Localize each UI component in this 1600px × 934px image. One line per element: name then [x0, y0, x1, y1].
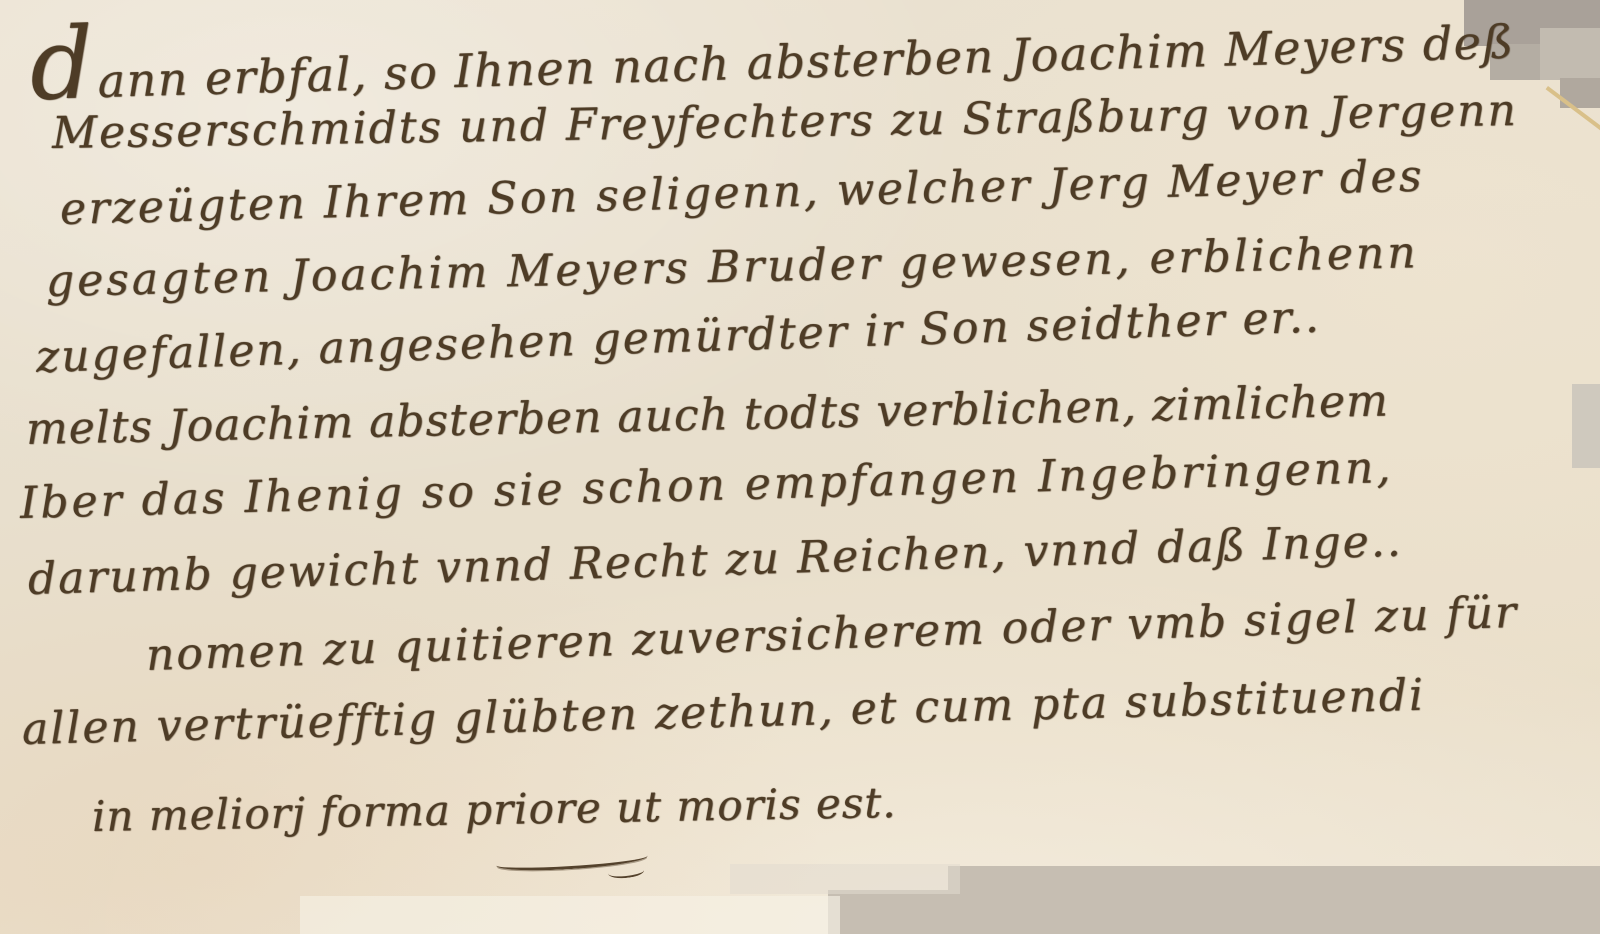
manuscript-line-6: melts Joachim absterben auch todts verbl…: [25, 375, 1389, 455]
photo-background-patch-top-right-light: [1540, 28, 1600, 80]
photo-background-patch-right-edge: [1572, 384, 1600, 468]
manuscript-line-9: nomen zu quitieren zuversicherem oder vm…: [145, 587, 1519, 681]
paper-mid-light-band: [730, 864, 960, 894]
photo-background-patch-bottom-right-step: [828, 890, 950, 934]
manuscript-line-5: zugefallen, angesehen gemürdter ir Son s…: [35, 292, 1321, 383]
manuscript-line-10: allen vertrüefftig glübten zethun, et cu…: [21, 670, 1425, 755]
manuscript-line-7: Iber das Ihenig so sie schon empfangen I…: [19, 442, 1394, 529]
manuscript-photo: dann erbfal, so Ihnen nach absterben Joa…: [0, 0, 1600, 934]
paper-bottom-light-band: [300, 896, 840, 934]
manuscript-line-8: darumb gewicht vnnd Recht zu Reichen, vn…: [27, 516, 1403, 605]
pen-flourish-tail: [607, 864, 644, 881]
photo-background-patch-bottom-right: [948, 866, 1600, 934]
manuscript-line-11: in meliorj forma priore ut moris est.: [92, 778, 897, 841]
manuscript-line-3: erzeügten Ihrem Son seligenn, welcher Je…: [59, 151, 1424, 235]
